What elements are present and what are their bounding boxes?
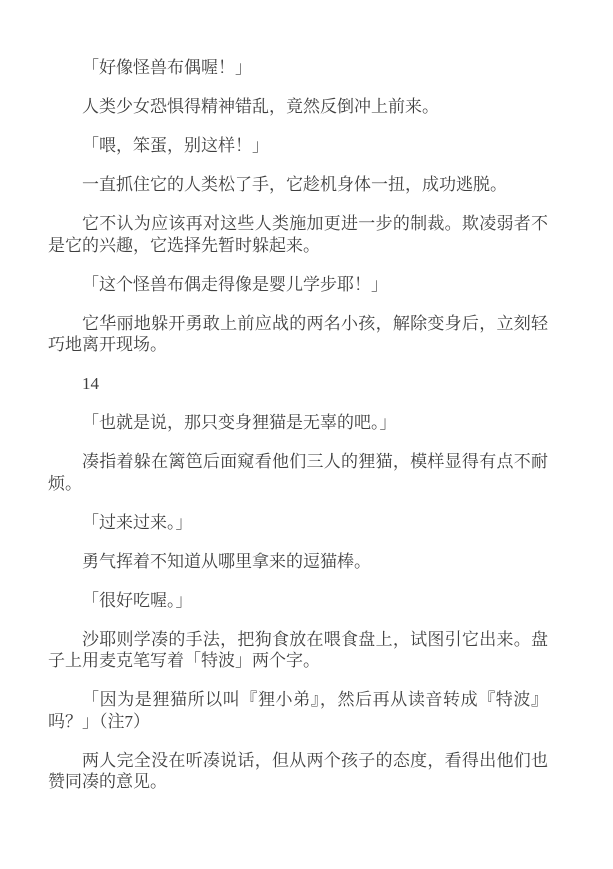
paragraph-dialogue: 「好像怪兽布偶喔！」	[48, 57, 548, 79]
ebook-page: 「好像怪兽布偶喔！」 人类少女恐惧得精神错乱，竟然反倒冲上前来。 「喂，笨蛋，别…	[0, 0, 613, 869]
paragraph-narration: 沙耶则学凑的手法，把狗食放在喂食盘上，试图引它出来。盘子上用麦克笔写着「特波」两…	[48, 629, 548, 672]
paragraph-narration: 两人完全没在听凑说话，但从两个孩子的态度，看得出他们也赞同凑的意见。	[48, 750, 548, 793]
paragraph-narration: 人类少女恐惧得精神错乱，竟然反倒冲上前来。	[48, 96, 548, 118]
paragraph-dialogue: 「这个怪兽布偶走得像是婴儿学步耶！」	[48, 274, 548, 296]
paragraph-dialogue: 「喂，笨蛋，别这样！」	[48, 135, 548, 157]
section-number: 14	[48, 373, 548, 395]
paragraph-narration: 一直抓住它的人类松了手，它趁机身体一扭，成功逃脱。	[48, 174, 548, 196]
paragraph-dialogue: 「很好吃喔。」	[48, 590, 548, 612]
paragraph-dialogue: 「也就是说，那只变身狸猫是无辜的吧。」	[48, 412, 548, 434]
paragraph-narration: 凑指着躲在篱笆后面窥看他们三人的狸猫，模样显得有点不耐烦。	[48, 451, 548, 494]
paragraph-narration: 勇气挥着不知道从哪里拿来的逗猫棒。	[48, 551, 548, 573]
paragraph-narration: 它不认为应该再对这些人类施加更进一步的制裁。欺凌弱者不是它的兴趣，它选择先暂时躲…	[48, 213, 548, 256]
text-block: 「好像怪兽布偶喔！」 人类少女恐惧得精神错乱，竟然反倒冲上前来。 「喂，笨蛋，别…	[48, 57, 548, 793]
paragraph-dialogue: 「因为是狸猫所以叫『狸小弟』，然后再从读音转成『特波』吗？」（注7）	[48, 689, 548, 732]
paragraph-dialogue: 「过来过来。」	[48, 512, 548, 534]
paragraph-narration: 它华丽地躲开勇敢上前应战的两名小孩，解除变身后，立刻轻巧地离开现场。	[48, 313, 548, 356]
